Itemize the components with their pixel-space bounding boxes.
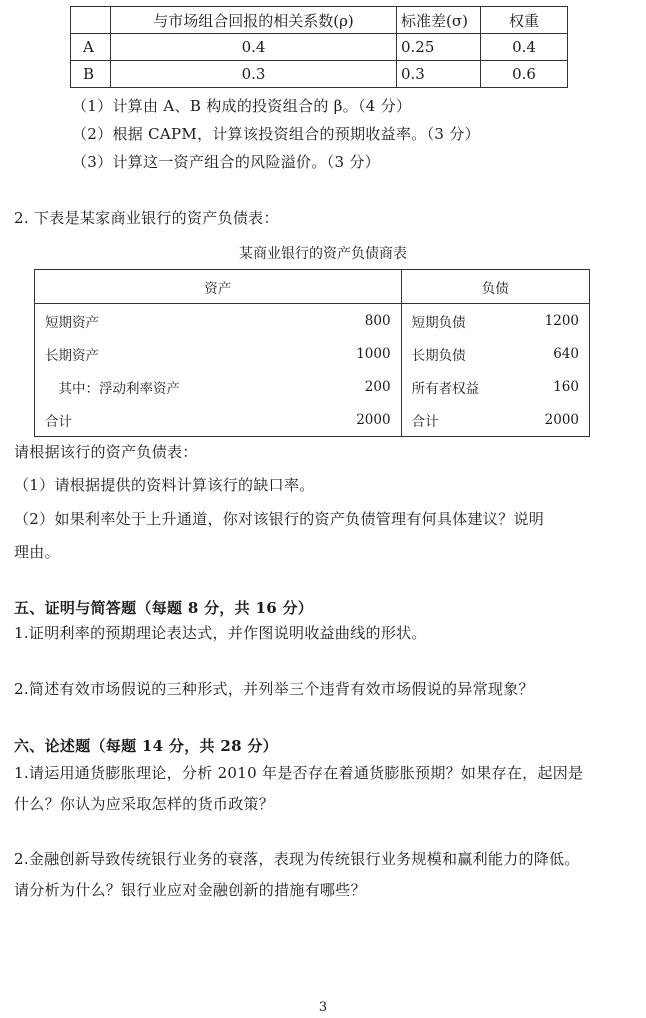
table-row: 短期资产 800 短期负债 1200 bbox=[35, 304, 590, 338]
asset-value: 2000 bbox=[305, 403, 401, 437]
liability-value: 1200 bbox=[517, 304, 589, 338]
question: 2.金融创新导致传统银行业务的衰落，表现为传统银行业务规模和赢利能力的降低。 bbox=[14, 850, 580, 868]
liabilities-header: 负债 bbox=[401, 270, 589, 304]
sigma-cell: 0.3 bbox=[397, 61, 481, 88]
subquestion: （1）请根据提供的资料计算该行的缺口率。 bbox=[14, 476, 315, 494]
table-header-cell: 标准差(σ) bbox=[397, 7, 481, 34]
subquestion-continuation: 理由。 bbox=[14, 543, 60, 561]
asset-value: 1000 bbox=[305, 337, 401, 370]
subquestion: （1）计算由 A、B 构成的投资组合的 β。（4 分） bbox=[72, 97, 411, 115]
asset-name: 其中：浮动利率资产 bbox=[35, 370, 306, 403]
table-header-row: 资产 负债 bbox=[35, 270, 590, 304]
row-label: A bbox=[71, 34, 111, 61]
section-title: 五、证明与简答题（每题 8 分，共 16 分） bbox=[14, 599, 313, 617]
question-intro: 2. 下表是某家商业银行的资产负债表： bbox=[14, 209, 279, 227]
question-continuation: 请分析为什么？银行业应对金融创新的措施有哪些？ bbox=[14, 881, 366, 899]
table-row: 其中：浮动利率资产 200 所有者权益 160 bbox=[35, 370, 590, 403]
liability-name: 所有者权益 bbox=[401, 370, 517, 403]
rho-cell: 0.4 bbox=[111, 34, 397, 61]
liability-name: 合计 bbox=[401, 403, 517, 437]
weight-cell: 0.4 bbox=[481, 34, 568, 61]
asset-name: 合计 bbox=[35, 403, 306, 437]
liability-name: 长期负债 bbox=[401, 337, 517, 370]
question: 1.证明利率的预期理论表达式，并作图说明收益曲线的形状。 bbox=[14, 624, 427, 642]
table-row: 合计 2000 合计 2000 bbox=[35, 403, 590, 437]
liability-value: 640 bbox=[517, 337, 589, 370]
page-number: 3 bbox=[0, 1000, 646, 1015]
question-prompt: 请根据该行的资产负债表： bbox=[14, 443, 198, 461]
weight-cell: 0.6 bbox=[481, 61, 568, 88]
subquestion: （3）计算这一资产组合的风险溢价。（3 分） bbox=[72, 153, 380, 171]
subquestion: （2）如果利率处于上升通道，你对该银行的资产负债管理有何具体建议？说明 bbox=[14, 510, 544, 528]
balance-sheet-table: 资产 负债 短期资产 800 短期负债 1200 长期资产 1000 长期负债 … bbox=[34, 269, 590, 437]
row-label: B bbox=[71, 61, 111, 88]
table-header-cell: 与市场组合回报的相关系数(ρ) bbox=[111, 7, 397, 34]
liability-name: 短期负债 bbox=[401, 304, 517, 338]
asset-value: 800 bbox=[305, 304, 401, 338]
table-row: A 0.4 0.25 0.4 bbox=[71, 34, 568, 61]
asset-name: 短期资产 bbox=[35, 304, 306, 338]
table-header-cell bbox=[71, 7, 111, 34]
sigma-cell: 0.25 bbox=[397, 34, 481, 61]
table-row: B 0.3 0.3 0.6 bbox=[71, 61, 568, 88]
subquestion: （2）根据 CAPM，计算该投资组合的预期收益率。（3 分） bbox=[72, 125, 480, 143]
portfolio-table: 与市场组合回报的相关系数(ρ) 标准差(σ) 权重 A 0.4 0.25 0.4… bbox=[70, 6, 568, 88]
liability-value: 2000 bbox=[517, 403, 589, 437]
question-continuation: 什么？你认为应采取怎样的货币政策？ bbox=[14, 795, 274, 813]
rho-cell: 0.3 bbox=[111, 61, 397, 88]
asset-value: 200 bbox=[305, 370, 401, 403]
asset-name: 长期资产 bbox=[35, 337, 306, 370]
assets-header: 资产 bbox=[35, 270, 402, 304]
liability-value: 160 bbox=[517, 370, 589, 403]
table-header-row: 与市场组合回报的相关系数(ρ) 标准差(σ) 权重 bbox=[71, 7, 568, 34]
section-title: 六、论述题（每题 14 分，共 28 分） bbox=[14, 737, 278, 755]
question: 2.简述有效市场假说的三种形式，并列举三个违背有效市场假说的异常现象？ bbox=[14, 680, 534, 698]
question: 1.请运用通货膨胀理论，分析 2010 年是否存在着通货膨胀预期？如果存在，起因… bbox=[14, 764, 583, 782]
table-header-cell: 权重 bbox=[481, 7, 568, 34]
table-caption: 某商业银行的资产负债商表 bbox=[0, 243, 646, 263]
table-row: 长期资产 1000 长期负债 640 bbox=[35, 337, 590, 370]
